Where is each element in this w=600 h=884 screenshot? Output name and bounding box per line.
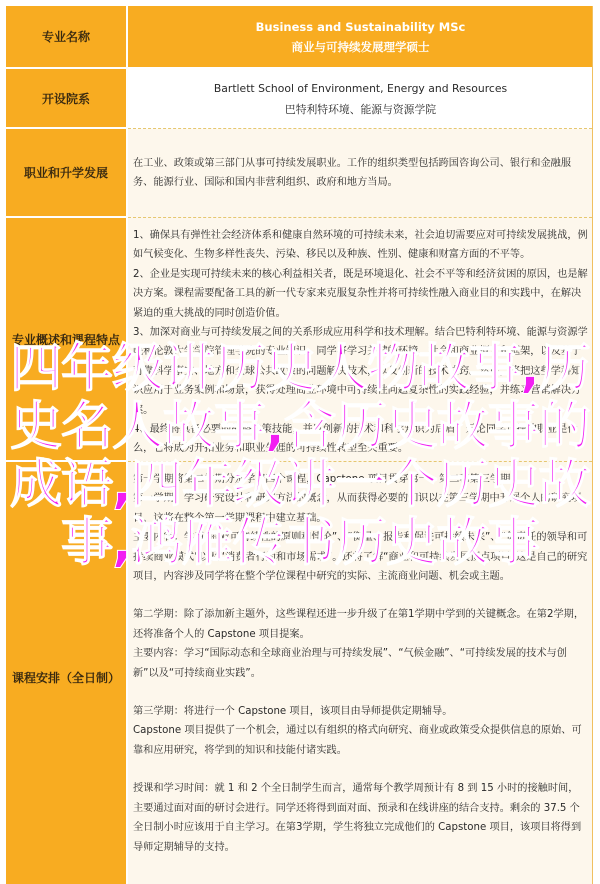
label-program-name: 专业名称 bbox=[6, 6, 128, 69]
career-cell: 在工业、政策或第三部门从事可持续发展职业。工作的组织类型包括跨国咨询公司、银行和… bbox=[128, 129, 592, 218]
department-cell: Bartlett School of Environment, Energy a… bbox=[128, 69, 592, 129]
program-info-table: 专业名称 Business and Sustainability MSc 商业与… bbox=[6, 6, 593, 884]
label-overview: 专业概述和课程特点 bbox=[6, 218, 128, 462]
row-career: 职业和升学发展 在工业、政策或第三部门从事可持续发展职业。工作的组织类型包括跨国… bbox=[6, 129, 592, 218]
schedule-term2: 第二学期：除了添加新主题外，这些课程还进一步升级了在第1学期中学到的关键概念。在… bbox=[133, 605, 588, 644]
department-zh: 巴特利特环境、能源与资源学院 bbox=[285, 99, 436, 120]
program-name-cell: Business and Sustainability MSc 商业与可持续发展… bbox=[128, 6, 592, 69]
row-program-name: 专业名称 Business and Sustainability MSc 商业与… bbox=[6, 6, 592, 69]
schedule-capstone: Capstone 项目提供了一个机会，通过以有组织的格式向研究、商业或政策受众提… bbox=[133, 721, 588, 760]
overview-point-3: 3、加深对商业与可持续发展之间的关系形成应用科学和技术理解。结合巴特利特环境、能… bbox=[133, 323, 588, 420]
schedule-intro: 第一学期将第二学期分别学习四个课程，Capstone 项目贯穿第一、第二和第三学… bbox=[133, 470, 588, 489]
department-en: Bartlett School of Environment, Energy a… bbox=[214, 78, 507, 99]
label-department: 开设院系 bbox=[6, 69, 128, 129]
label-schedule: 课程安排（全日制） bbox=[6, 462, 128, 884]
schedule-contact-hours: 授课和学习时间：就 1 和 2 个全日制学生而言，通常每个教学周预计有 8 到 … bbox=[133, 779, 588, 857]
overview-point-1: 1、确保具有弹性社会经济体系和健康自然环境的可持续未来，社会迫切需要应对可持续发… bbox=[133, 226, 588, 265]
schedule-term2-content: 主要内容：学习“国际动态和全球商业治理与可持续发展”、“气候金融”、“可持续发展… bbox=[133, 644, 588, 683]
row-schedule: 课程安排（全日制） 第一学期将第二学期分别学习四个课程，Capstone 项目贯… bbox=[6, 462, 592, 884]
schedule-term3: 第三学期：将进行一个 Capstone 项目，该项目由导师提供定期辅导。 bbox=[133, 702, 588, 721]
overview-point-4: 4、最终将具备必要的战略决策技能，并以创新的技术和科学知识为后盾，无论同学选择的… bbox=[133, 420, 588, 459]
spacer bbox=[133, 760, 588, 779]
program-name-zh: 商业与可持续发展理学硕士 bbox=[292, 37, 430, 57]
career-text: 在工业、政策或第三部门从事可持续发展职业。工作的组织类型包括跨国咨询公司、银行和… bbox=[133, 154, 588, 193]
overview-point-2: 2、企业是实现可持续未来的核心利益相关者，既是环境退化、社会不平等和经济贫困的原… bbox=[133, 265, 588, 323]
program-name-en: Business and Sustainability MSc bbox=[256, 17, 466, 37]
row-department: 开设院系 Bartlett School of Environment, Ene… bbox=[6, 69, 592, 129]
row-overview: 专业概述和课程特点 1、确保具有弹性社会经济体系和健康自然环境的可持续未来，社会… bbox=[6, 218, 592, 462]
label-career: 职业和升学发展 bbox=[6, 129, 128, 218]
schedule-term1: 第一学期：学习研究设计和研究方法的概念，从而获得必要的知识以在第三学期中开展个人… bbox=[133, 489, 588, 528]
schedule-term1-content: 主要内容：学习“商业可持续性的原则和悖论”、“衡量、报告和促进可持续未来”、“负… bbox=[133, 528, 588, 586]
spacer bbox=[133, 683, 588, 702]
spacer bbox=[133, 586, 588, 605]
schedule-cell: 第一学期将第二学期分别学习四个课程，Capstone 项目贯穿第一、第二和第三学… bbox=[128, 462, 592, 884]
overview-cell: 1、确保具有弹性社会经济体系和健康自然环境的可持续未来，社会迫切需要应对可持续发… bbox=[128, 218, 592, 462]
